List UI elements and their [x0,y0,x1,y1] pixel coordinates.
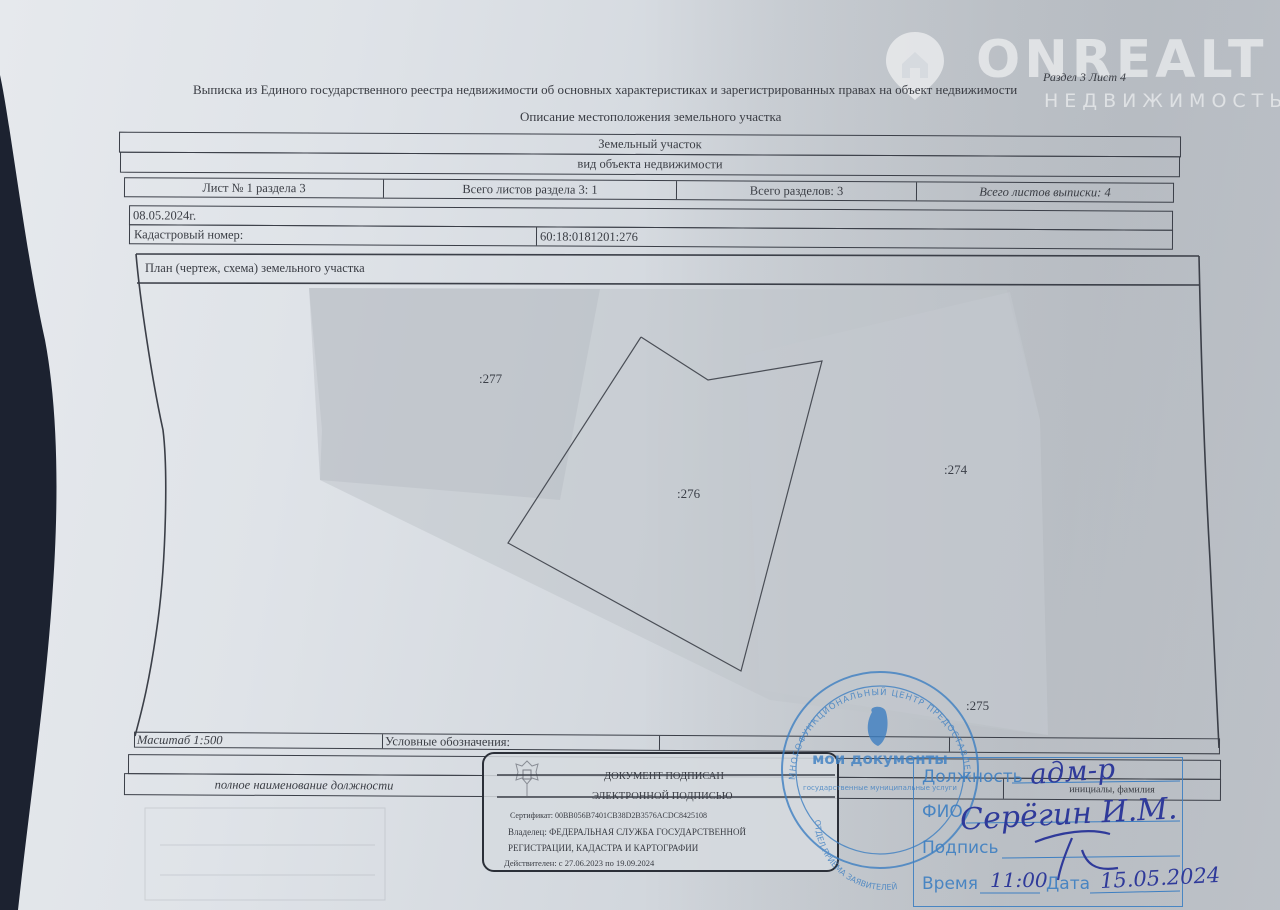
handwritten-time: 11:00 [990,868,1048,892]
handwritten-signature [0,0,1280,910]
